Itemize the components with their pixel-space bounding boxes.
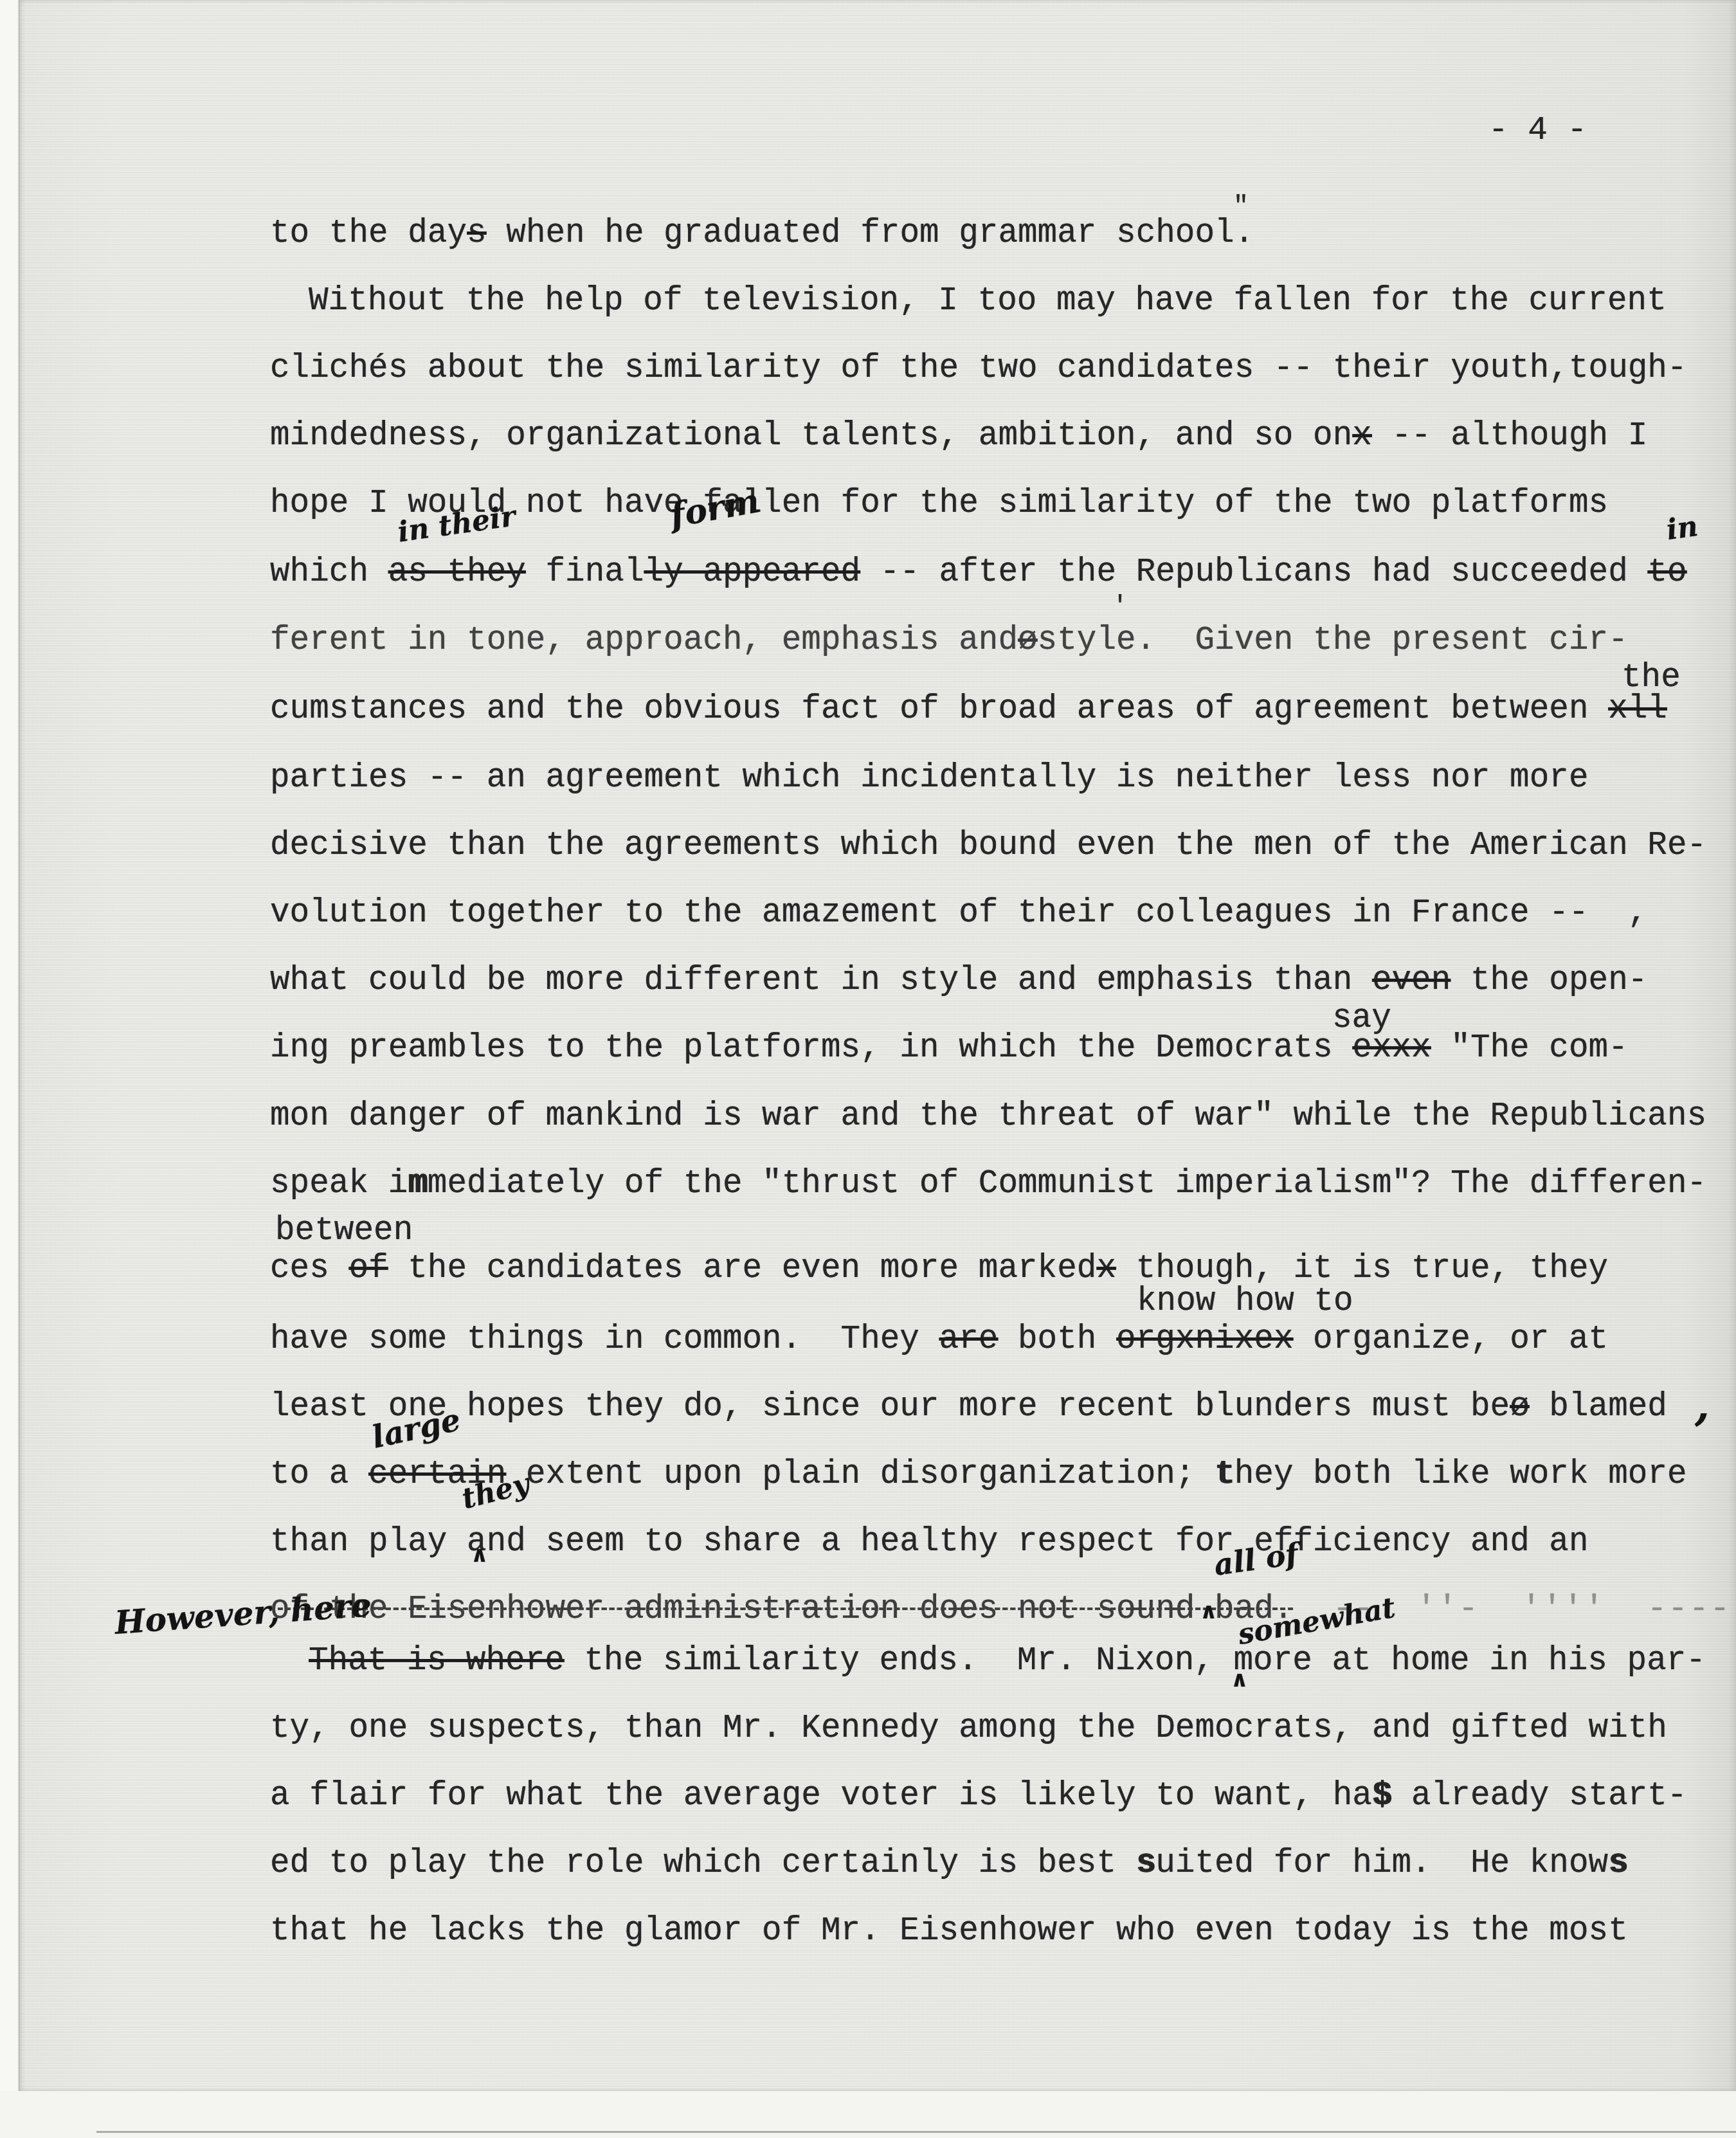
typed-text: extent upon plain disorganization; xyxy=(506,1456,1215,1493)
typed-text: -- although I xyxy=(1372,418,1647,455)
typed-insertion: " xyxy=(1233,193,1249,222)
typed-text: what could be more different in style an… xyxy=(270,963,1372,999)
typed-text: know how to xyxy=(1137,1283,1353,1320)
typed-text: which xyxy=(270,554,388,591)
struck-text: of the Eisenhower administration does no… xyxy=(270,1591,1293,1628)
typed-text: though, it is true, they xyxy=(1116,1251,1608,1287)
typed-text: have some things in common. They xyxy=(270,1321,939,1358)
typed-insertion: say xyxy=(1332,1001,1391,1037)
typed-text: ces xyxy=(270,1251,348,1287)
typed-text: the similarity ends. Mr. Nixon, more at … xyxy=(565,1643,1706,1680)
paper-left-edge xyxy=(18,0,20,2091)
typed-text: final xyxy=(526,554,644,591)
struck-text: orgxnixex xyxy=(1116,1321,1293,1358)
text-line: volution together to the amazement of th… xyxy=(270,895,1647,932)
text-line: between xyxy=(275,1213,413,1249)
typed-text: to a xyxy=(270,1456,368,1493)
text-line: clichés about the similarity of the two … xyxy=(270,350,1687,387)
typed-text: ferent in tone, approach, emphasis and xyxy=(270,622,1018,659)
struck-text: are xyxy=(939,1321,999,1358)
scan-edge-line xyxy=(96,2131,1736,2133)
typed-text: to the day xyxy=(270,215,467,252)
struck-text: to xyxy=(1647,554,1686,591)
typed-insertion: ' xyxy=(1112,593,1128,622)
text-line: That is where the similarity ends. Mr. N… xyxy=(309,1643,1706,1680)
handwritten-annotation: , xyxy=(1695,1380,1710,1430)
typed-text: s xyxy=(1608,1845,1628,1882)
handwritten-annotation: However, here xyxy=(113,1586,372,1642)
typed-text: volution together to the amazement of th… xyxy=(270,895,1647,932)
typed-text: mediately of the "thrust of Communist im… xyxy=(428,1166,1706,1202)
typed-text: organize, or at xyxy=(1294,1321,1609,1358)
typed-text: "The com- xyxy=(1431,1030,1628,1067)
typed-insertion: the xyxy=(1622,660,1681,696)
text-line: mindedness, organizational talents, ambi… xyxy=(270,418,1647,455)
typed-text: seem to share a healthy respect for effi… xyxy=(545,1524,1588,1561)
typed-text: mindedness, organizational talents, ambi… xyxy=(270,418,1352,455)
typed-text: the candidates are even more marked xyxy=(388,1251,1097,1287)
struck-text: That is where xyxy=(309,1643,565,1680)
text-line: have some things in common. They are bot… xyxy=(270,1321,1608,1358)
struck-text: of xyxy=(348,1251,388,1287)
typed-text: ty, one suspects, than Mr. Kennedy among… xyxy=(270,1710,1667,1747)
struck-text: x xyxy=(1352,418,1372,455)
struck-text: ly appeared xyxy=(644,554,861,591)
page-number: - 4 - xyxy=(1488,113,1587,149)
struck-text: xll xyxy=(1608,691,1667,728)
struck-text: s xyxy=(467,215,487,252)
typed-text: hey both like work more xyxy=(1234,1456,1687,1493)
text-line: cumstances and the obvious fact of broad… xyxy=(270,691,1667,728)
typed-text: decisive than the agreements which bound… xyxy=(270,828,1706,864)
typed-text: ing preambles to the platforms, in which… xyxy=(270,1030,1352,1067)
text-line: ferent in tone, approach, emphasis andøs… xyxy=(270,622,1628,659)
typed-text: $ xyxy=(1372,1778,1392,1815)
typed-text: both xyxy=(998,1321,1116,1358)
typed-text: the open- xyxy=(1451,963,1647,999)
text-line: ces of the candidates are even more mark… xyxy=(270,1251,1608,1287)
typed-text: parties -- an agreement which incidental… xyxy=(270,760,1589,797)
typed-text: uited for him. He know xyxy=(1155,1845,1608,1882)
typed-text: already start- xyxy=(1392,1778,1687,1815)
paper-sheet: - 4 - to the days when he graduated from… xyxy=(19,0,1736,2091)
typed-text: -- after the Republicans had succeeded xyxy=(860,554,1647,591)
typed-text: blamed xyxy=(1530,1389,1667,1426)
handwritten-annotation: in xyxy=(1665,510,1700,547)
text-line: least one hopes they do, since our more … xyxy=(270,1389,1667,1426)
struck-text: ø xyxy=(1510,1389,1530,1426)
typed-text: t xyxy=(1215,1456,1234,1493)
text-line: which as they finally appeared -- after … xyxy=(270,554,1687,591)
text-line: a flair for what the average voter is li… xyxy=(270,1778,1687,1815)
typed-text: clichés about the similarity of the two … xyxy=(270,350,1687,387)
struck-text: as they xyxy=(388,554,526,591)
typed-text: style. Given the present cir- xyxy=(1038,622,1628,659)
typed-text: m xyxy=(408,1166,428,1202)
struck-text: x xyxy=(1096,1251,1116,1287)
typed-text: when he graduated from grammar school. xyxy=(487,215,1254,252)
typed-text: that he lacks the glamor of Mr. Eisenhow… xyxy=(270,1913,1628,1950)
scanned-document-page: - 4 - to the days when he graduated from… xyxy=(0,0,1736,2138)
text-line: to the days when he graduated from gramm… xyxy=(270,215,1254,252)
text-line: mon danger of mankind is war and the thr… xyxy=(270,1098,1706,1135)
typed-text: s xyxy=(1136,1845,1156,1882)
struck-text: even xyxy=(1372,963,1451,999)
text-line: what could be more different in style an… xyxy=(270,963,1647,999)
typed-text: ed to play the role which certainly is b… xyxy=(270,1845,1136,1882)
text-line: Without the help of television, I too ma… xyxy=(309,283,1667,320)
typed-text: between xyxy=(275,1213,413,1249)
typed-text: speak i xyxy=(270,1166,408,1202)
handwritten-annotation: ∧ xyxy=(471,1542,489,1568)
handwritten-annotation: ∧ xyxy=(1200,1599,1218,1624)
text-line: ing preambles to the platforms, in which… xyxy=(270,1030,1628,1067)
text-line: ty, one suspects, than Mr. Kennedy among… xyxy=(270,1710,1667,1747)
typed-text: mon danger of mankind is war and the thr… xyxy=(270,1098,1706,1135)
typed-text: cumstances and the obvious fact of broad… xyxy=(270,691,1608,728)
text-line: of the Eisenhower administration does no… xyxy=(270,1591,1736,1628)
text-line: that he lacks the glamor of Mr. Eisenhow… xyxy=(270,1913,1628,1950)
text-line: than play and seem to share a healthy re… xyxy=(270,1524,1589,1561)
handwritten-annotation: ∧ xyxy=(1231,1667,1249,1692)
typed-text: a flair for what the average voter is li… xyxy=(270,1778,1372,1815)
typed-text: than play and xyxy=(270,1524,545,1561)
typed-text: Without the help of television, I too ma… xyxy=(309,283,1667,320)
text-line: know how to xyxy=(1137,1283,1353,1320)
struck-text: ø xyxy=(1018,622,1038,659)
text-line: parties -- an agreement which incidental… xyxy=(270,760,1589,797)
text-line: decisive than the agreements which bound… xyxy=(270,828,1706,864)
text-line: speak immediately of the "thrust of Comm… xyxy=(270,1166,1706,1202)
text-line: ed to play the role which certainly is b… xyxy=(270,1845,1628,1882)
